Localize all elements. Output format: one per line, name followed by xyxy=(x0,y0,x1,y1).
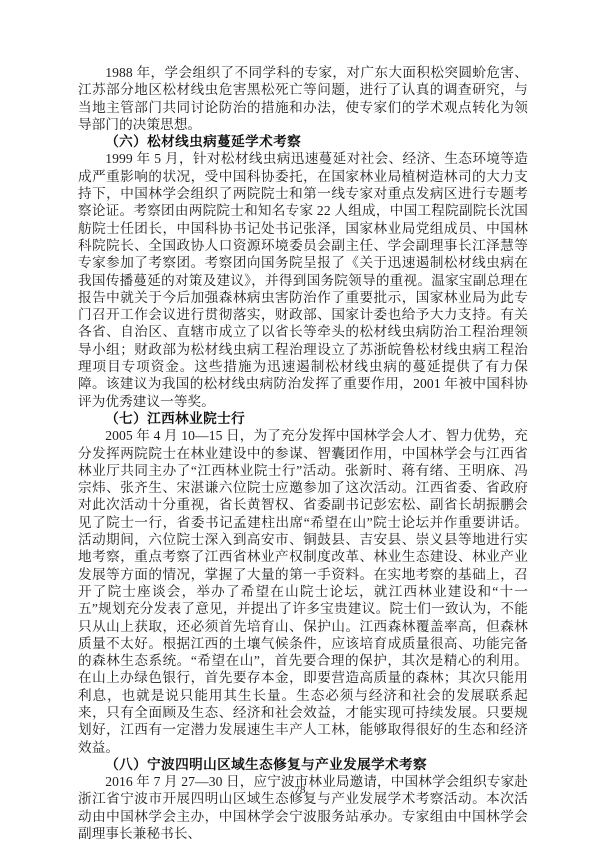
page-number: 78 xyxy=(0,783,600,797)
section-heading-8-ningbo-simingshan: （八）宁波四明山区域生态修复与产业发展学术考察 xyxy=(78,756,528,773)
body-paragraph-1999: 1999 年 5 月，针对松材线虫病迅速蔓延对社会、经济、生态环境等造成严重影响… xyxy=(78,150,528,409)
body-paragraph-1988: 1988 年，学会组织了不同学科的专家，对广东大面积松突圆蚧危害、江苏部分地区松… xyxy=(78,64,528,133)
text-column: 1988 年，学会组织了不同学科的专家，对广东大面积松突圆蚧危害、江苏部分地区松… xyxy=(78,64,528,842)
body-paragraph-2005: 2005 年 4 月 10—15 日，为了充分发挥中国林学会人才、智力优势，充分… xyxy=(78,427,528,756)
document-page: 1988 年，学会组织了不同学科的专家，对广东大面积松突圆蚧危害、江苏部分地区松… xyxy=(0,0,600,848)
section-heading-7-jiangxi-academicians: （七）江西林业院士行 xyxy=(78,410,528,427)
section-heading-6-pine-nematode: （六）松材线虫病蔓延学术考察 xyxy=(78,133,528,150)
